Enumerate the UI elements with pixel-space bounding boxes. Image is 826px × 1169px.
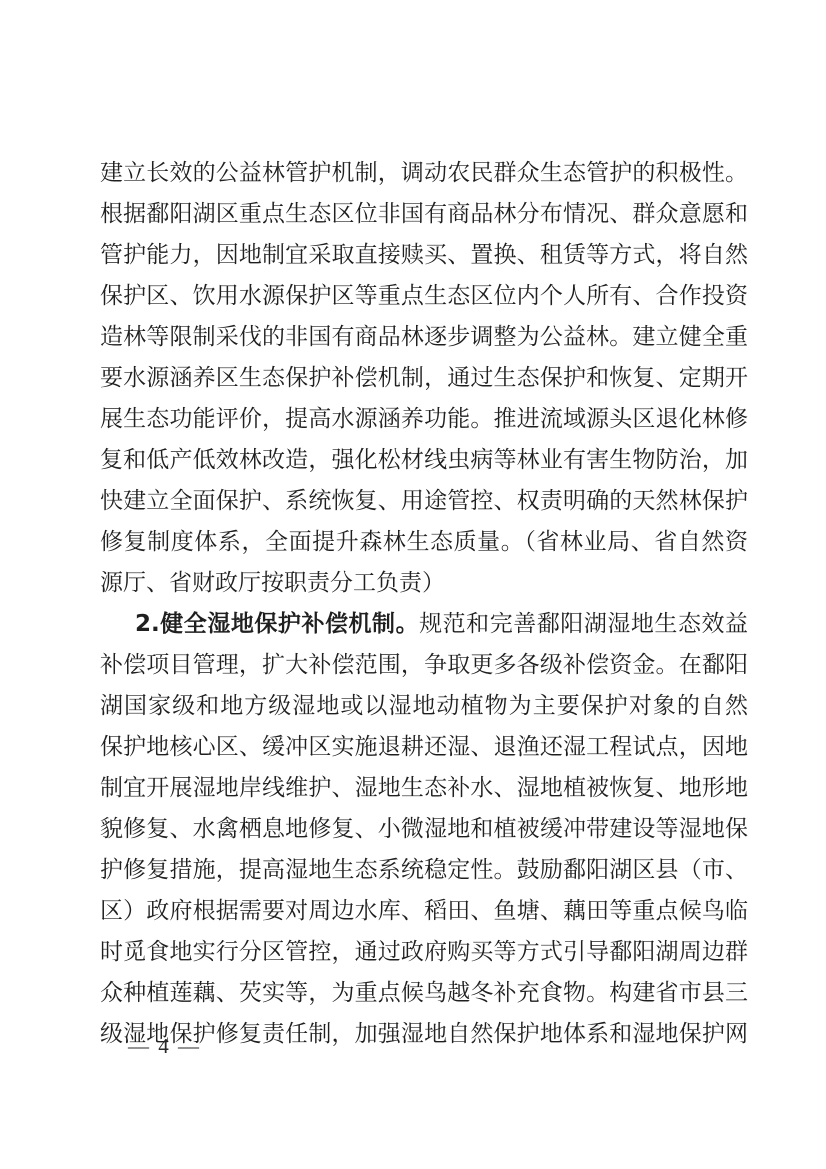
paragraph1-line: 根据鄱阳湖区重点生态区位非国有商品林分布情况、群众意愿和 bbox=[100, 193, 748, 234]
page-number: — 4 — bbox=[128, 1033, 201, 1059]
paragraph1-line: 造林等限制采伐的非国有商品林逐步调整为公益林。建立健全重 bbox=[100, 316, 748, 357]
paragraph1-line: 保护区、饮用水源保护区等重点生态区位内个人所有、合作投资 bbox=[100, 275, 748, 316]
paragraph2-line: 制宜开展湿地岸线维护、湿地生态补水、湿地植被恢复、地形地 bbox=[100, 767, 748, 808]
paragraph2-line: 时觅食地实行分区管控，通过政府购买等方式引导鄱阳湖周边群 bbox=[100, 931, 748, 972]
paragraph2-line: 众种植莲藕、芡实等，为重点候鸟越冬补充食物。构建省市县三 bbox=[100, 972, 748, 1013]
paragraph1-line: 管护能力，因地制宜采取直接赎买、置换、租赁等方式，将自然 bbox=[100, 234, 748, 275]
document-page: 建立长效的公益林管护机制，调动农民群众生态管护的积极性。 根据鄱阳湖区重点生态区… bbox=[0, 0, 826, 1169]
paragraph1-last-line: 源厅、省财政厅按职责分工负责） bbox=[100, 562, 748, 603]
section-2-heading: 2.健全湿地保护补偿机制。 bbox=[135, 611, 419, 637]
paragraph2-line: 补偿项目管理，扩大补偿范围，争取更多各级补偿资金。在鄱阳 bbox=[100, 644, 748, 685]
paragraph2-line: 护修复措施，提高湿地生态系统稳定性。鼓励鄱阳湖区县（市、 bbox=[100, 849, 748, 890]
paragraph2-line: 湖国家级和地方级湿地或以湿地动植物为主要保护对象的自然 bbox=[100, 685, 748, 726]
paragraph1-line: 修复制度体系，全面提升森林生态质量。（省林业局、省自然资 bbox=[100, 521, 748, 562]
paragraph2-line: 貌修复、水禽栖息地修复、小微湿地和植被缓冲带建设等湿地保 bbox=[100, 808, 748, 849]
paragraph1-line: 建立长效的公益林管护机制，调动农民群众生态管护的积极性。 bbox=[100, 152, 748, 193]
section-2-lead-line: 2.健全湿地保护补偿机制。规范和完善鄱阳湖湿地生态效益 bbox=[100, 603, 748, 644]
paragraph1-line: 展生态功能评价，提高水源涵养功能。推进流域源头区退化林修 bbox=[100, 398, 748, 439]
paragraph1-line: 快建立全面保护、系统恢复、用途管控、权责明确的天然林保护 bbox=[100, 480, 748, 521]
paragraph2-line: 区）政府根据需要对周边水库、稻田、鱼塘、藕田等重点候鸟临 bbox=[100, 890, 748, 931]
document-text-block: 建立长效的公益林管护机制，调动农民群众生态管护的积极性。 根据鄱阳湖区重点生态区… bbox=[100, 152, 748, 1054]
paragraph1-line: 要水源涵养区生态保护补偿机制，通过生态保护和恢复、定期开 bbox=[100, 357, 748, 398]
section-2-lead-text: 规范和完善鄱阳湖湿地生态效益 bbox=[419, 611, 748, 636]
paragraph2-line: 保护地核心区、缓冲区实施退耕还湿、退渔还湿工程试点，因地 bbox=[100, 726, 748, 767]
paragraph1-line: 复和低产低效林改造，强化松材线虫病等林业有害生物防治，加 bbox=[100, 439, 748, 480]
